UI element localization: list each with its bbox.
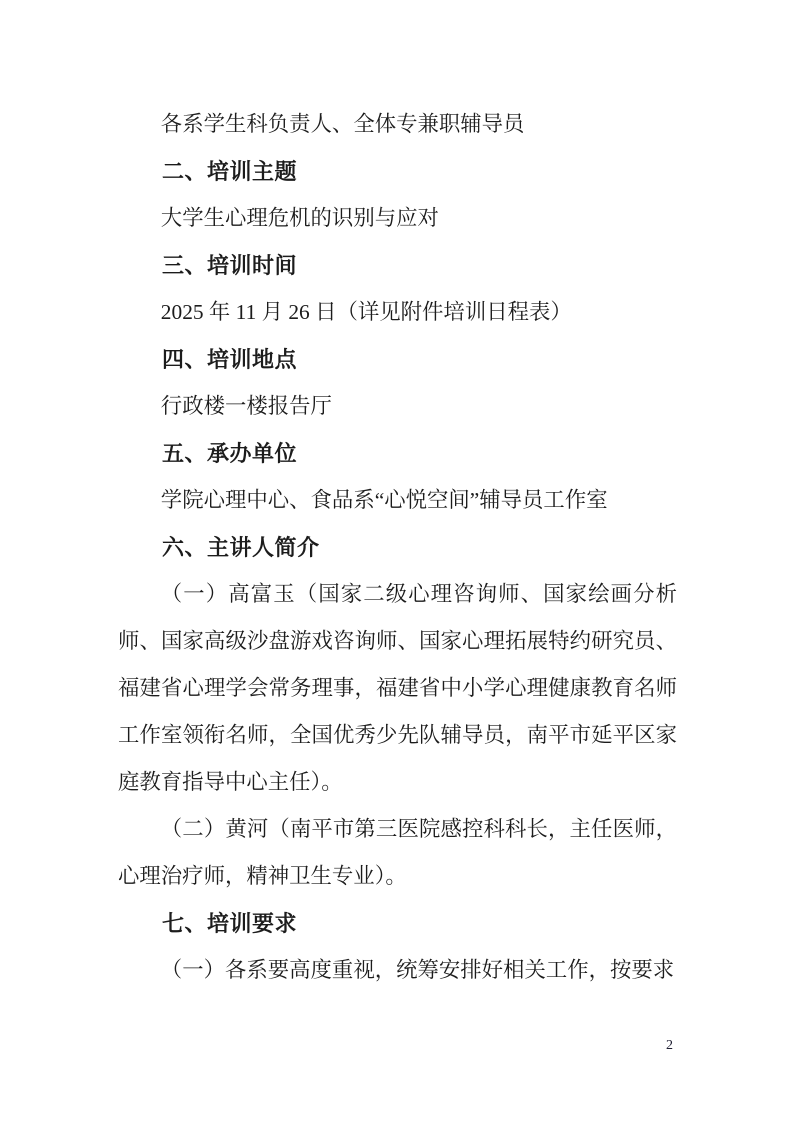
body-paragraph: （二）黄河（南平市第三医院感控科科长，主任医师，心理治疗师，精神卫生专业）。 <box>118 806 677 900</box>
body-paragraph: 各系学生科负责人、全体专兼职辅导员 <box>118 101 677 148</box>
body-paragraph: （一）各系要高度重视，统筹安排好相关工作，按要求 <box>118 947 677 994</box>
body-paragraph: （一）高富玉（国家二级心理咨询师、国家绘画分析师、国家高级沙盘游戏咨询师、国家心… <box>118 571 677 806</box>
body-paragraph: 学院心理中心、食品系“心悦空间”辅导员工作室 <box>118 477 677 524</box>
section-heading-2: 二、培训主题 <box>118 148 677 195</box>
body-paragraph: 2025 年 11 月 26 日（详见附件培训日程表） <box>118 289 677 336</box>
section-heading-7: 七、培训要求 <box>118 900 677 947</box>
body-paragraph: 行政楼一楼报告厅 <box>118 383 677 430</box>
body-paragraph: 大学生心理危机的识别与应对 <box>118 195 677 242</box>
section-heading-4: 四、培训地点 <box>118 336 677 383</box>
page-number: 2 <box>666 1036 673 1056</box>
document-page: 各系学生科负责人、全体专兼职辅导员 二、培训主题 大学生心理危机的识别与应对 三… <box>0 0 794 1123</box>
section-heading-3: 三、培训时间 <box>118 242 677 289</box>
section-heading-5: 五、承办单位 <box>118 430 677 477</box>
document-body: 各系学生科负责人、全体专兼职辅导员 二、培训主题 大学生心理危机的识别与应对 三… <box>118 101 677 994</box>
section-heading-6: 六、主讲人简介 <box>118 524 677 571</box>
